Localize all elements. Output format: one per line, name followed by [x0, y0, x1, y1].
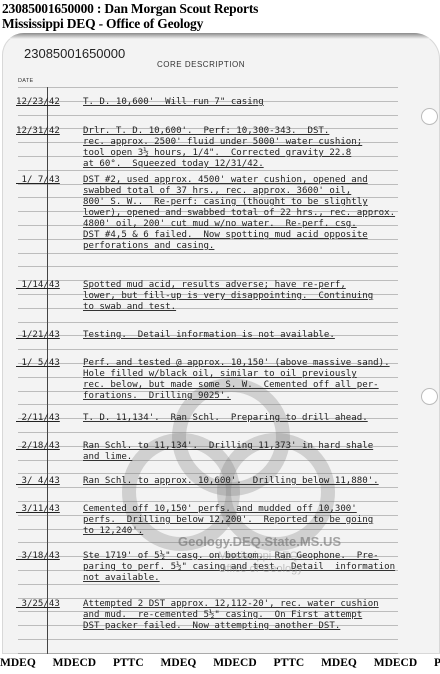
entry-date: 1/14/43 — [16, 280, 78, 291]
footer-item: PTTC — [434, 657, 440, 669]
entry-text: Perf. and tested @ approx. 10,150' (abov… — [83, 358, 440, 402]
entry-date: 12/23/42 — [16, 97, 78, 108]
report-subtitle: Mississippi DEQ - Office of Geology — [2, 16, 203, 32]
entry-line: 800' S. W.. Re-perf: casing (thought to … — [83, 197, 440, 208]
entry-line: Ran Schl. to approx. 10,600'. Drilling b… — [83, 476, 440, 487]
entry-text: Attempted 2 DST approx. 12,112-20', rec.… — [83, 599, 440, 632]
entry-line: Perf. and tested @ approx. 10,150' (abov… — [83, 358, 440, 369]
date-column-label: DATE — [18, 78, 33, 84]
entry-line: DST #4,5 & 6 failed. Now spotting mud ac… — [83, 230, 440, 241]
entry-line: DST packer failed. Now attempting anothe… — [83, 621, 440, 632]
footer-item: MDECD — [374, 657, 417, 669]
punch-hole-top — [421, 108, 438, 125]
entry-date: 12/31/42 — [16, 126, 78, 137]
entry-date: 3/11/43 — [16, 504, 78, 515]
entry-line: Cemented off 10,150' perfs. and mudded o… — [83, 504, 440, 515]
entry-text: Cemented off 10,150' perfs. and mudded o… — [83, 504, 440, 537]
watermark-url: Geology.DEQ.State.MS.US — [178, 534, 341, 549]
entry-text: Ran Schl. to approx. 10,600'. Drilling b… — [83, 476, 440, 487]
entry-line: Attempted 2 DST approx. 12,112-20', rec.… — [83, 599, 440, 610]
footer-item: MDECD — [213, 657, 256, 669]
entry-line: and mud. re-cemented 5½" casing. On Firs… — [83, 610, 440, 621]
entry-line: perfs. Drilling below 12,200'. Reported … — [83, 515, 440, 526]
footer-item: MDECD — [53, 657, 96, 669]
ruling-line — [18, 322, 398, 323]
watermark-agency: Mississippi DEQ — [218, 550, 298, 562]
report-title: 23085001650000 : Dan Morgan Scout Report… — [2, 1, 258, 17]
entry-text: Spotted mud acid, results adverse; have … — [83, 280, 440, 313]
footer-item: MDEQ — [321, 657, 357, 669]
entry-line: at 60°. Squeezed today 12/31/42. — [83, 159, 440, 170]
entry-text: DST #2, used approx. 4500' water cushion… — [83, 175, 440, 252]
date-column-divider — [47, 87, 48, 654]
entry-line: Ran Schl. to 11,134'. Drilling 11,373' i… — [83, 441, 440, 452]
entry-line: tool open 3½ hours, 1/4". Corrected grav… — [83, 148, 440, 159]
entry-text: Ran Schl. to 11,134'. Drilling 11,373' i… — [83, 441, 440, 463]
entry-line: rec. approx. 2500' fluid under 5000' wat… — [83, 137, 440, 148]
entry-line: 4800' oil, 200' cut mud w/no water. Re-p… — [83, 219, 440, 230]
ruling-line — [18, 253, 398, 254]
entry-date: 1/ 5/43 — [16, 358, 78, 369]
footer-item: PTTC — [274, 657, 305, 669]
entry-line: lower), opened and swabbed total of 22 h… — [83, 208, 440, 219]
entry-line: perforations and casing. — [83, 241, 440, 252]
ruling-line — [18, 87, 398, 88]
entry-line: to swab and test. — [83, 302, 440, 313]
ruling-line — [18, 170, 398, 171]
entry-line: swabbed total of 37 hrs., rec. approx. 3… — [83, 186, 440, 197]
entry-date: 1/21/43 — [16, 330, 78, 341]
footer-item: MDEQ — [161, 657, 197, 669]
footer-agency-strip: MDEQ MDECD PTTC MDEQ MDECD PTTC MDEQ MDE… — [0, 657, 440, 669]
entry-text: Testing. Detail information is not avail… — [83, 330, 440, 341]
entry-date: 2/18/43 — [16, 441, 78, 452]
ruling-line — [18, 115, 398, 116]
entry-text: T. D. 11,134'. Ran Schl. Preparing to dr… — [83, 413, 440, 424]
entry-text: T. D. 10,600' Will run 7" casing — [83, 97, 440, 108]
ruling-line — [18, 653, 398, 654]
footer-item: MDEQ — [0, 657, 36, 669]
ruling-line — [18, 639, 398, 640]
entry-line: lower, but fill-up is very disappointing… — [83, 291, 440, 302]
entry-line: Spotted mud acid, results adverse; have … — [83, 280, 440, 291]
watermark-office: Office of Geology — [218, 563, 303, 575]
card-well-id: 23085001650000 — [24, 46, 125, 61]
entry-line: Testing. Detail information is not avail… — [83, 330, 440, 341]
ruling-line — [18, 266, 398, 267]
entry-line: T. D. 11,134'. Ran Schl. Preparing to dr… — [83, 413, 440, 424]
entry-line: and lime. — [83, 452, 440, 463]
entry-date: 3/25/43 — [16, 599, 78, 610]
ruling-line — [18, 584, 398, 585]
entry-line: rec. below, but made some S. W. Cemented… — [83, 380, 440, 391]
ruling-line — [18, 349, 398, 350]
card-title: CORE DESCRIPTION — [157, 60, 245, 69]
entry-date: 2/11/43 — [16, 413, 78, 424]
entry-line: Hole filled w/black oil, similar to oil … — [83, 369, 440, 380]
entry-line: forations. Drilling 9025'. — [83, 391, 440, 402]
entry-line: Drlr. T. D. 10,600'. Perf: 10,300-343. D… — [83, 126, 440, 137]
entry-date: 1/ 7/43 — [16, 175, 78, 186]
entry-line: T. D. 10,600' Will run 7" casing — [83, 97, 440, 108]
footer-item: PTTC — [113, 657, 144, 669]
entry-date: 3/ 4/43 — [16, 476, 78, 487]
entry-text: Drlr. T. D. 10,600'. Perf: 10,300-343. D… — [83, 126, 440, 170]
entry-date: 3/18/43 — [16, 551, 78, 562]
entry-line: DST #2, used approx. 4500' water cushion… — [83, 175, 440, 186]
